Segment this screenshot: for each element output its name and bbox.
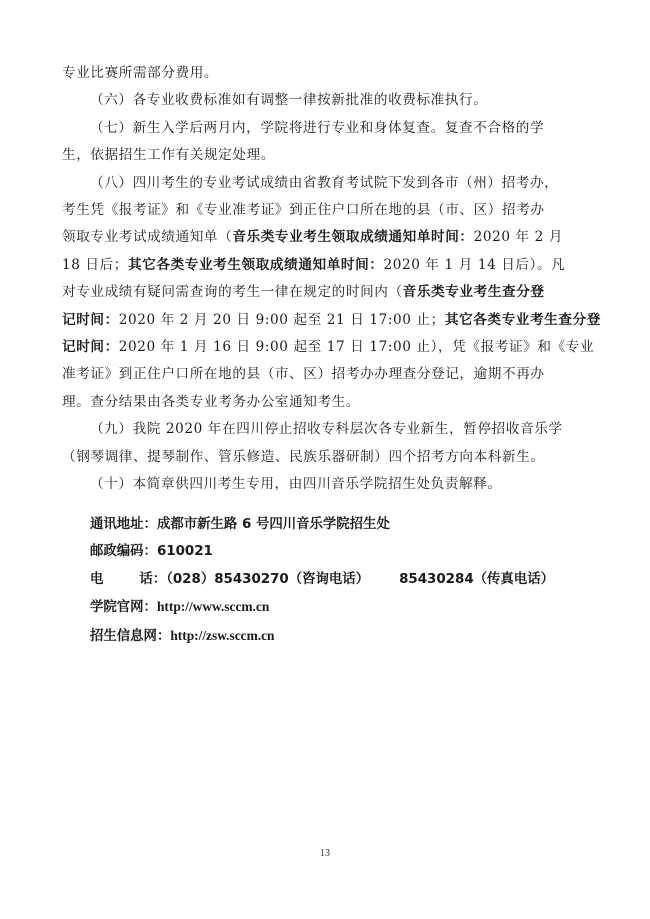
text: 2020 年 2 月 — [474, 229, 563, 245]
paragraph-line: 生，依据招生工作有关规定处理。 — [62, 142, 592, 169]
phone-row: 电话：（028）85430270（咨询电话）85430284（传真电话） — [90, 566, 590, 593]
paragraph-line: （钢琴调律、提琴制作、管乐修造、民族乐器研制）四个招考方向本科新生。 — [62, 444, 592, 471]
admission-site-link[interactable]: http://zsw.sccm.cn — [170, 628, 274, 643]
bold-text: 记时间： — [62, 312, 119, 328]
text: 18 日后； — [62, 257, 128, 273]
admission-site-row: 招生信息网：http://zsw.sccm.cn — [90, 622, 590, 650]
paragraph-line: 考生凭《报考证》和《专业准考证》到正住户口所在地的县（市、区）招考办 — [62, 197, 592, 224]
phone-label: 电 — [90, 572, 103, 587]
paragraph-line: 专业比赛所需部分费用。 — [62, 60, 592, 87]
website-label: 学院官网： — [90, 600, 157, 615]
bold-text: 音乐类专业考生查分登 — [403, 284, 545, 300]
text: 对专业成绩有疑问需查询的考生一律在规定的时间内（ — [62, 284, 403, 300]
phone-label: 话： — [139, 572, 166, 587]
address-row: 通讯地址：成都市新生路 6 号四川音乐学院招生处 — [90, 511, 590, 538]
text: 2020 年 1 月 14 日后）。凡 — [384, 257, 566, 273]
paragraph-line: 理。查分结果由各类专业考务办公室通知考生。 — [62, 389, 592, 416]
bold-text: 其它各类专业考生领取成绩通知单时间： — [128, 257, 384, 273]
paragraph-ten: （十）本简章供四川考生专用，由四川音乐学院招生处负责解释。 — [62, 471, 592, 498]
paragraph-nine: （九）我院 2020 年在四川停止招收专科层次各专业新生，暂停招收音乐学 — [62, 416, 592, 443]
postcode-value: 610021 — [157, 544, 213, 559]
bold-text: 音乐类专业考生领取成绩通知单时间： — [232, 229, 473, 245]
website-row: 学院官网：http://www.sccm.cn — [90, 593, 590, 621]
paragraph-line: 对专业成绩有疑问需查询的考生一律在规定的时间内（音乐类专业考生查分登 — [62, 279, 592, 306]
text: 2020 年 2 月 20 日 9:00 起至 21 日 17:00 止； — [119, 312, 445, 328]
bold-text: 其它各类专业考生查分登 — [445, 312, 601, 328]
bold-text: 记时间： — [62, 339, 119, 355]
postcode-row: 邮政编码：610021 — [90, 538, 590, 565]
text: 2020 年 1 月 16 日 9:00 起至 17 日 17:00 止），凭《… — [119, 339, 594, 355]
paragraph-line: 18 日后；其它各类专业考生领取成绩通知单时间：2020 年 1 月 14 日后… — [62, 252, 592, 279]
paragraph-seven: （七）新生入学后两月内，学院将进行专业和身体复查。复查不合格的学 — [62, 115, 592, 142]
paragraph-line: 准考证》到正住户口所在地的县（市、区）招考办办理查分登记，逾期不再办 — [62, 361, 592, 388]
address-label: 通讯地址： — [90, 517, 157, 532]
page-number: 13 — [0, 848, 650, 859]
website-link[interactable]: http://www.sccm.cn — [157, 599, 269, 614]
paragraph-eight: （八）四川考生的专业考试成绩由省教育考试院下发到各市（州）招考办， — [62, 170, 592, 197]
paragraph-line: 领取专业考试成绩通知单（音乐类专业考生领取成绩通知单时间：2020 年 2 月 — [62, 224, 592, 251]
admission-site-label: 招生信息网： — [90, 629, 170, 644]
document-body: 专业比赛所需部分费用。 （六）各专业收费标准如有调整一律按新批准的收费标准执行。… — [62, 60, 592, 499]
paragraph-line: 记时间：2020 年 2 月 20 日 9:00 起至 21 日 17:00 止… — [62, 307, 592, 334]
phone-consult: （028）85430270（咨询电话） — [166, 572, 369, 587]
text: 领取专业考试成绩通知单（ — [62, 229, 232, 245]
phone-fax: 85430284（传真电话） — [399, 572, 554, 587]
paragraph-line: 记时间：2020 年 1 月 16 日 9:00 起至 17 日 17:00 止… — [62, 334, 592, 361]
address-value: 成都市新生路 6 号四川音乐学院招生处 — [157, 517, 390, 532]
contact-info: 通讯地址：成都市新生路 6 号四川音乐学院招生处 邮政编码：610021 电话：… — [90, 511, 590, 650]
paragraph-six: （六）各专业收费标准如有调整一律按新批准的收费标准执行。 — [62, 87, 592, 114]
postcode-label: 邮政编码： — [90, 544, 157, 559]
